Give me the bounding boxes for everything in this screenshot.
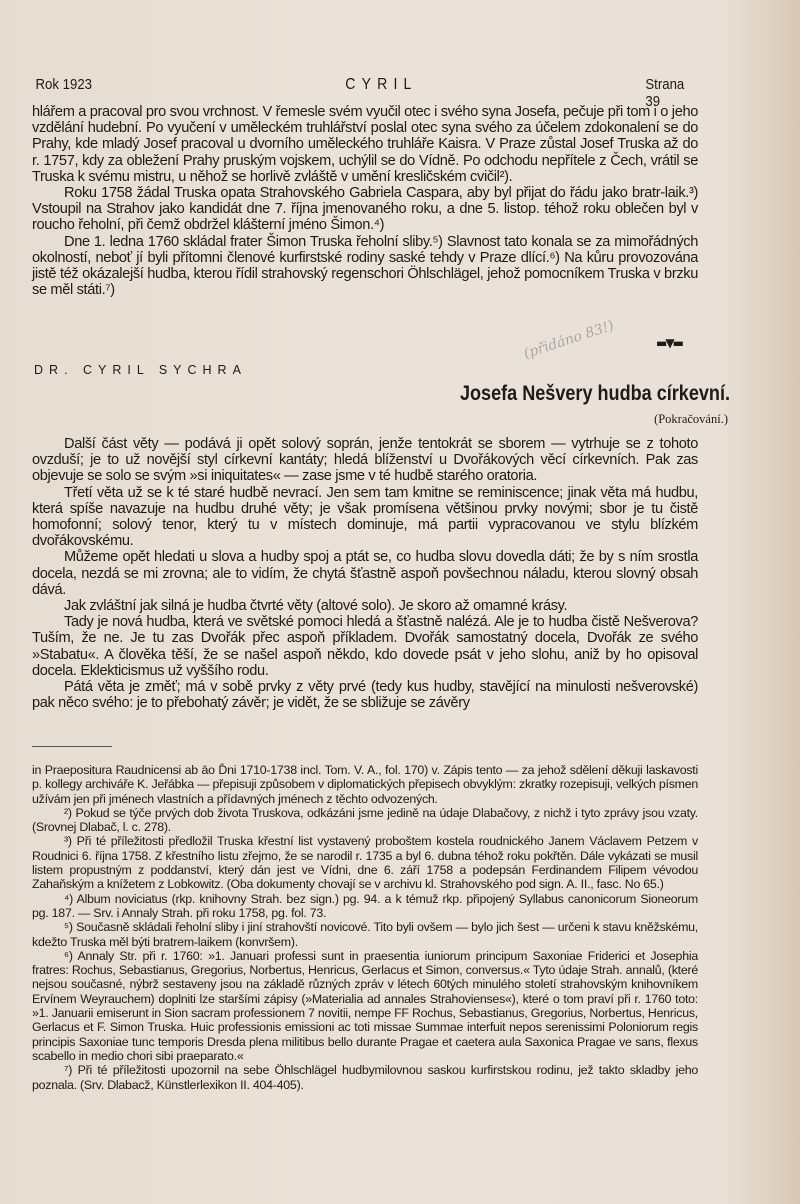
footnotes: in Praepositura Raudnicensi ab āo D̄ni 1… <box>32 763 698 1092</box>
footnote: ³) Při té příležitosti předložil Truska … <box>32 834 698 891</box>
paragraph: Jak zvláštní jak silná je hudba čtvrté v… <box>32 598 698 614</box>
continuation-note: (Pokračování.) <box>654 412 728 427</box>
article-body: Další část věty — podává ji opět solový … <box>32 436 698 711</box>
paragraph: Můžeme opět hledati u slova a hudby spoj… <box>32 549 698 598</box>
footnote-separator <box>32 746 112 747</box>
paragraph: Tady je nová hudba, která ve světské pom… <box>32 614 698 679</box>
footnote: ²) Pokud se týče prvých dob života Trusk… <box>32 806 698 835</box>
header-journal-title: CYRIL <box>345 76 417 94</box>
section-continued-text: hlářem a pracoval pro svou vrchnost. V ř… <box>32 104 698 298</box>
paragraph: Pátá věta je změť; má v sobě prvky z vět… <box>32 679 698 711</box>
running-header: Rok 1923 CYRIL Strana 39 <box>32 76 618 98</box>
article-author: DR. CYRIL SYCHRA <box>34 363 247 377</box>
paragraph: Dne 1. ledna 1760 skládal frater Šimon T… <box>32 234 698 299</box>
footnote: ⁴) Album noviciatus (rkp. knihovny Strah… <box>32 892 698 921</box>
footnote: in Praepositura Raudnicensi ab āo D̄ni 1… <box>32 763 698 806</box>
footnote: ⁵) Současně skládali řeholní sliby i jin… <box>32 920 698 949</box>
article-title: Josefa Nešvery hudba církevní. <box>460 382 730 406</box>
footnote: ⁷) Při té příležitosti upozornil na sebe… <box>32 1063 698 1092</box>
pencil-annotation: (přidáno 83!) <box>522 318 616 362</box>
paragraph: Třetí věta už se k té staré hudbě nevrac… <box>32 485 698 550</box>
header-year: Rok 1923 <box>36 76 93 93</box>
footnote: ⁶) Annaly Str. při r. 1760: »1. Januari … <box>32 949 698 1063</box>
paragraph: Roku 1758 žádal Truska opata Strahovskéh… <box>32 185 698 234</box>
ornament-divider-icon: ▬▼▬ <box>656 336 682 350</box>
paragraph: hlářem a pracoval pro svou vrchnost. V ř… <box>32 104 698 185</box>
paragraph: Další část věty — podává ji opět solový … <box>32 436 698 485</box>
